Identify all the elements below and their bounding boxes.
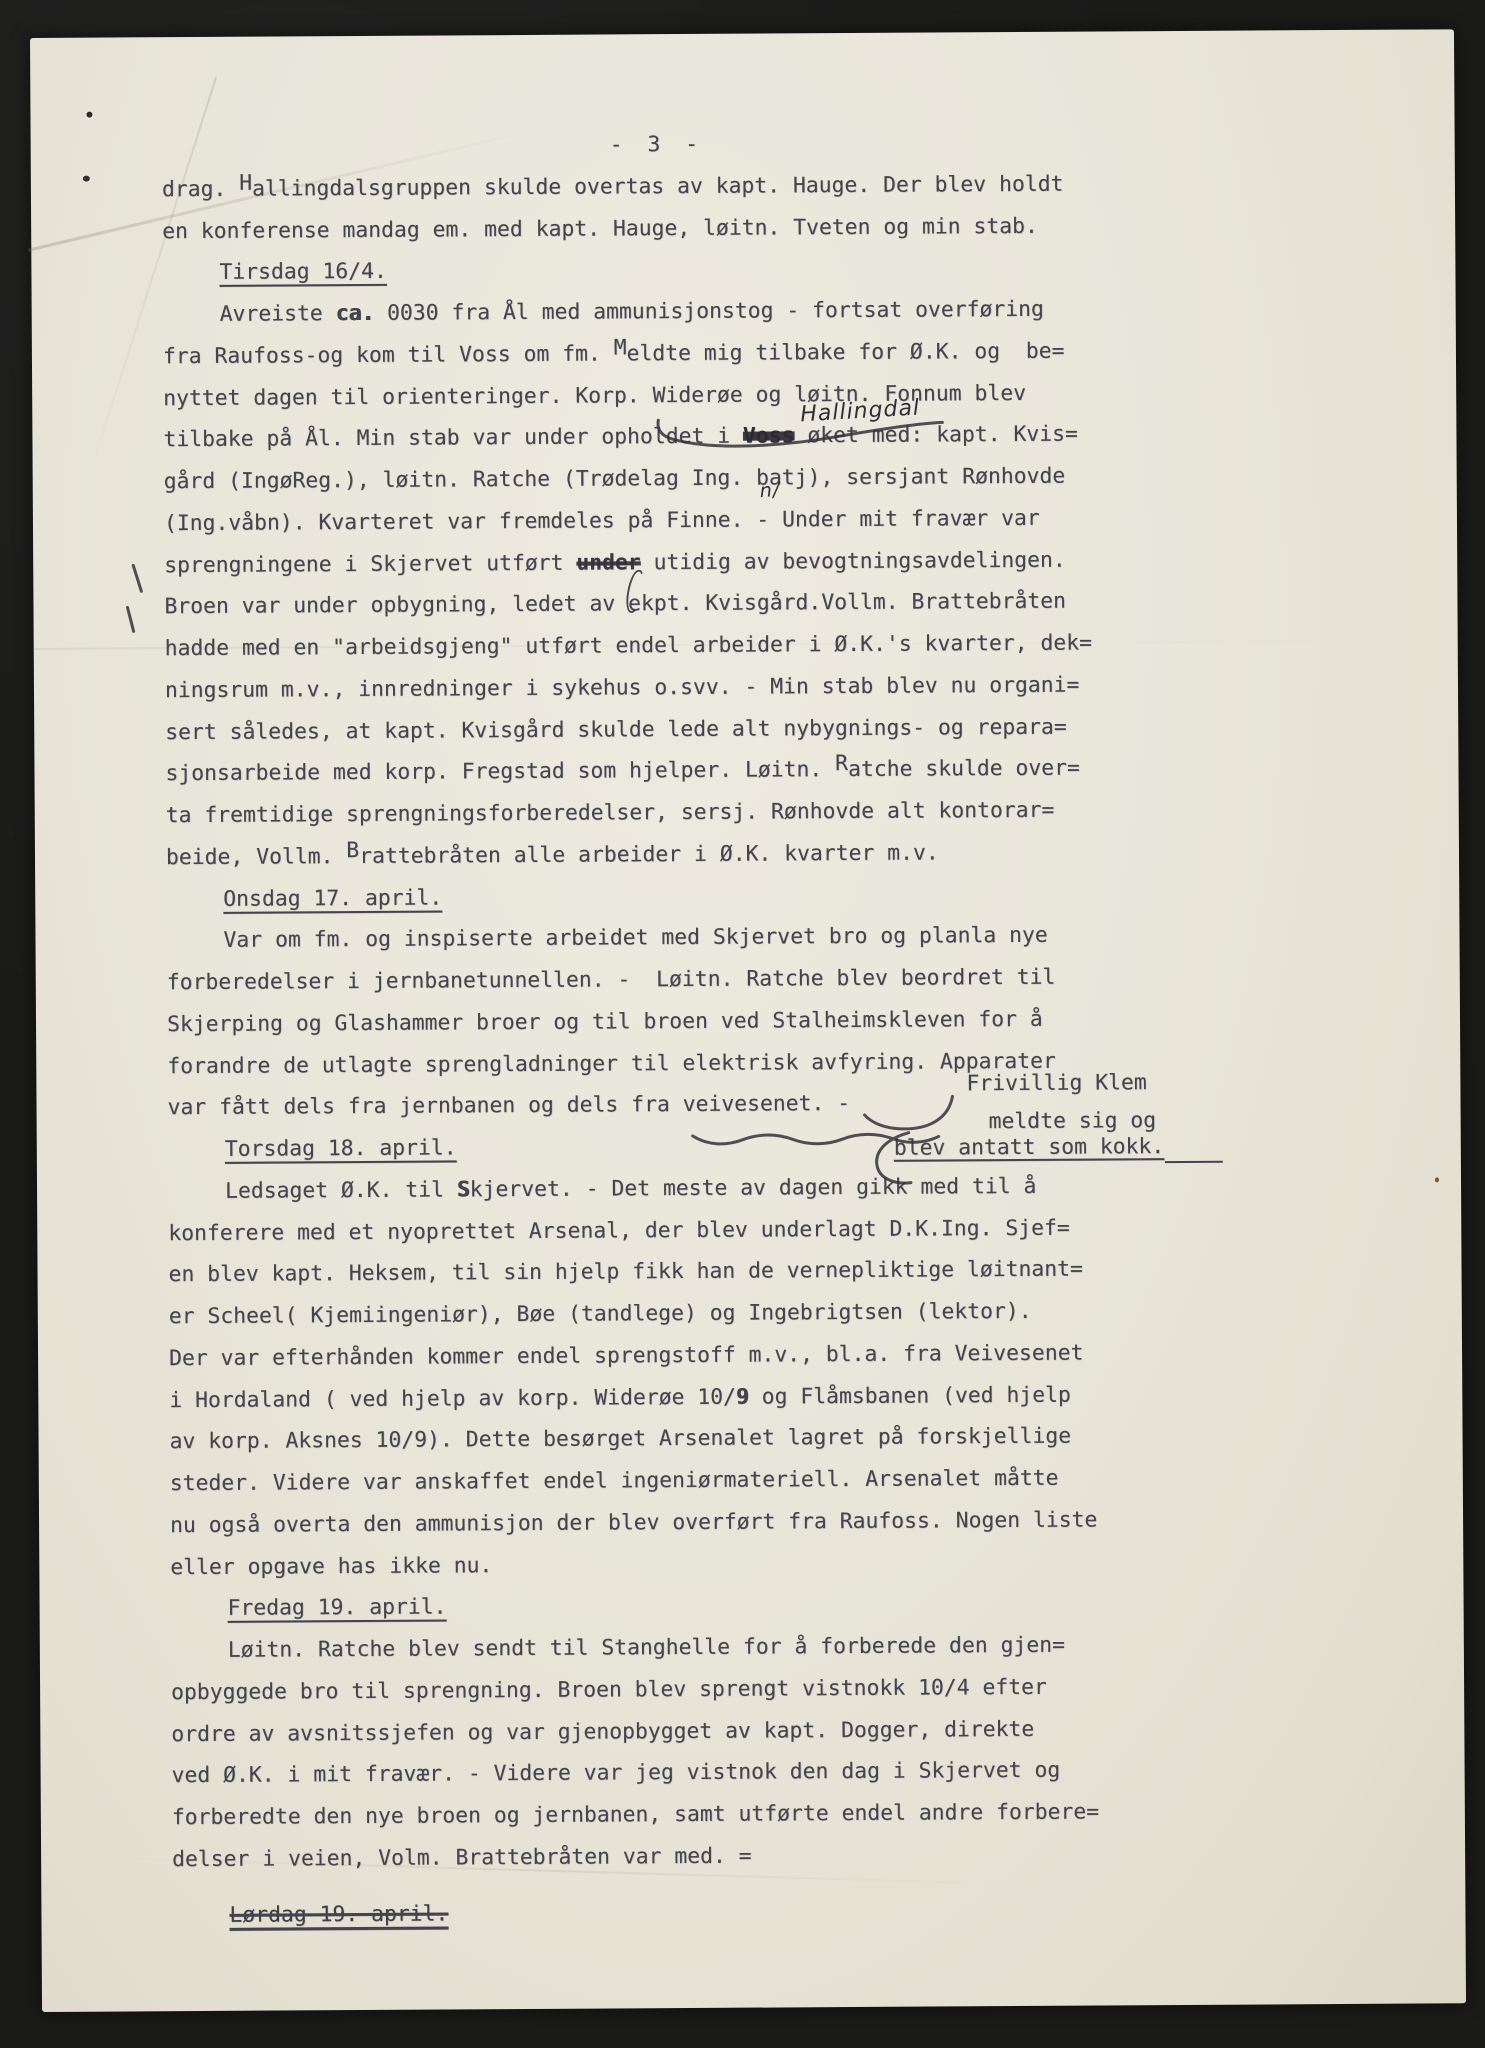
margin-tick-stroke — [133, 565, 141, 591]
scanned-document-page: { "colors":{ "background":"#1a1a19", "pa… — [0, 0, 1485, 2048]
typed-insertion-line1: Frivillig Klem — [966, 1071, 1146, 1097]
paper-sheet: - 3 -drag. Hallingdalsgruppen skulde ove… — [30, 29, 1466, 2012]
pin-hole — [83, 176, 90, 182]
ink-speck — [1435, 1177, 1439, 1182]
margin-tick-stroke — [127, 607, 133, 631]
typed-text-block: - 3 -drag. Hallingdalsgruppen skulde ove… — [162, 120, 1430, 1937]
underline-extension-mark — [1165, 1161, 1223, 1163]
text-line: delser i veien, Volm. Brattebråten var m… — [172, 1831, 1429, 1880]
pin-hole — [86, 112, 92, 118]
typed-insertion-line3: blev antatt som kokk. — [894, 1135, 1165, 1161]
typed-insertion-line2: meldte sig og — [989, 1109, 1157, 1135]
date-heading-line: Lørdag 19. april. — [172, 1887, 1429, 1936]
handwritten-note-n-insert: n/ — [759, 480, 781, 503]
